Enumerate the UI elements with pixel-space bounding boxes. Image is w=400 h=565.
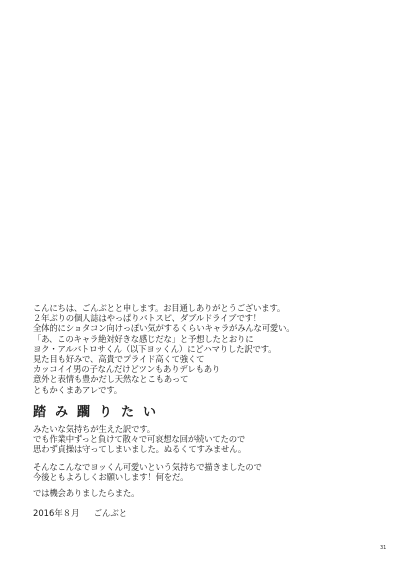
text-line: 全体的にショタコン向けっぽい気がするくらいキャラがみんな可愛い。	[33, 323, 373, 333]
afterword-paragraph-1: こんにちは、ごんぶとと申します。お目通しありがとうございます。 ２年ぶりの個人誌…	[33, 303, 373, 395]
text-line: ２年ぶりの個人誌はやっぱりバトスピ、ダブルドライブです！	[33, 313, 373, 323]
page-number: 31	[380, 545, 386, 551]
signature: 2016年８月 ごんぶと	[33, 507, 127, 519]
text-line: でも作業中ずっと負けて散々で可哀想な回が続いてたので	[33, 434, 373, 444]
text-line: カッコイイ男の子なんだけどツンもありデレもあり	[33, 364, 373, 374]
text-line: 意外と表情も豊かだし天然なとこもあって	[33, 374, 373, 384]
text-line: みたいな気持ちが生えた訳です。	[33, 424, 373, 434]
afterword-paragraph-2: みたいな気持ちが生えた訳です。 でも作業中ずっと負けて散々で可哀想な回が続いてた…	[33, 424, 373, 455]
text-line: 見た目も好みで、高貴でプライド高くて強くて	[33, 354, 373, 364]
afterword-paragraph-3: そんなこんなでヨッくん可愛いという気持ちで描きましたので 今後ともよろしくお願い…	[33, 462, 373, 482]
afterword-paragraph-4: では機会ありましたらまた。	[33, 488, 373, 498]
text-line: こんにちは、ごんぶとと申します。お目通しありがとうございます。	[33, 303, 373, 313]
text-line: では機会ありましたらまた。	[33, 488, 373, 498]
text-line: 思わず貞操は守ってしまいました。ぬるくてすみません。	[33, 444, 373, 454]
text-line: 「あ、このキャラ絶対好きな感じだな」と予想したとおりに	[33, 334, 373, 344]
text-line: 今後ともよろしくお願いします！何をだ。	[33, 472, 373, 482]
text-line: そんなこんなでヨッくん可愛いという気持ちで描きましたので	[33, 462, 373, 472]
signature-date: 2016年８月	[33, 507, 91, 519]
text-line: ともかくまあアレです。	[33, 385, 373, 395]
emphasis-heading: 踏み躙りたい	[33, 401, 165, 420]
text-line: ヨク・アルバトロサくん（以下ヨッくん）にどハマりした訳です。	[33, 344, 373, 354]
signature-author: ごんぶと	[94, 508, 128, 518]
document-page: こんにちは、ごんぶとと申します。お目通しありがとうございます。 ２年ぶりの個人誌…	[0, 0, 400, 565]
